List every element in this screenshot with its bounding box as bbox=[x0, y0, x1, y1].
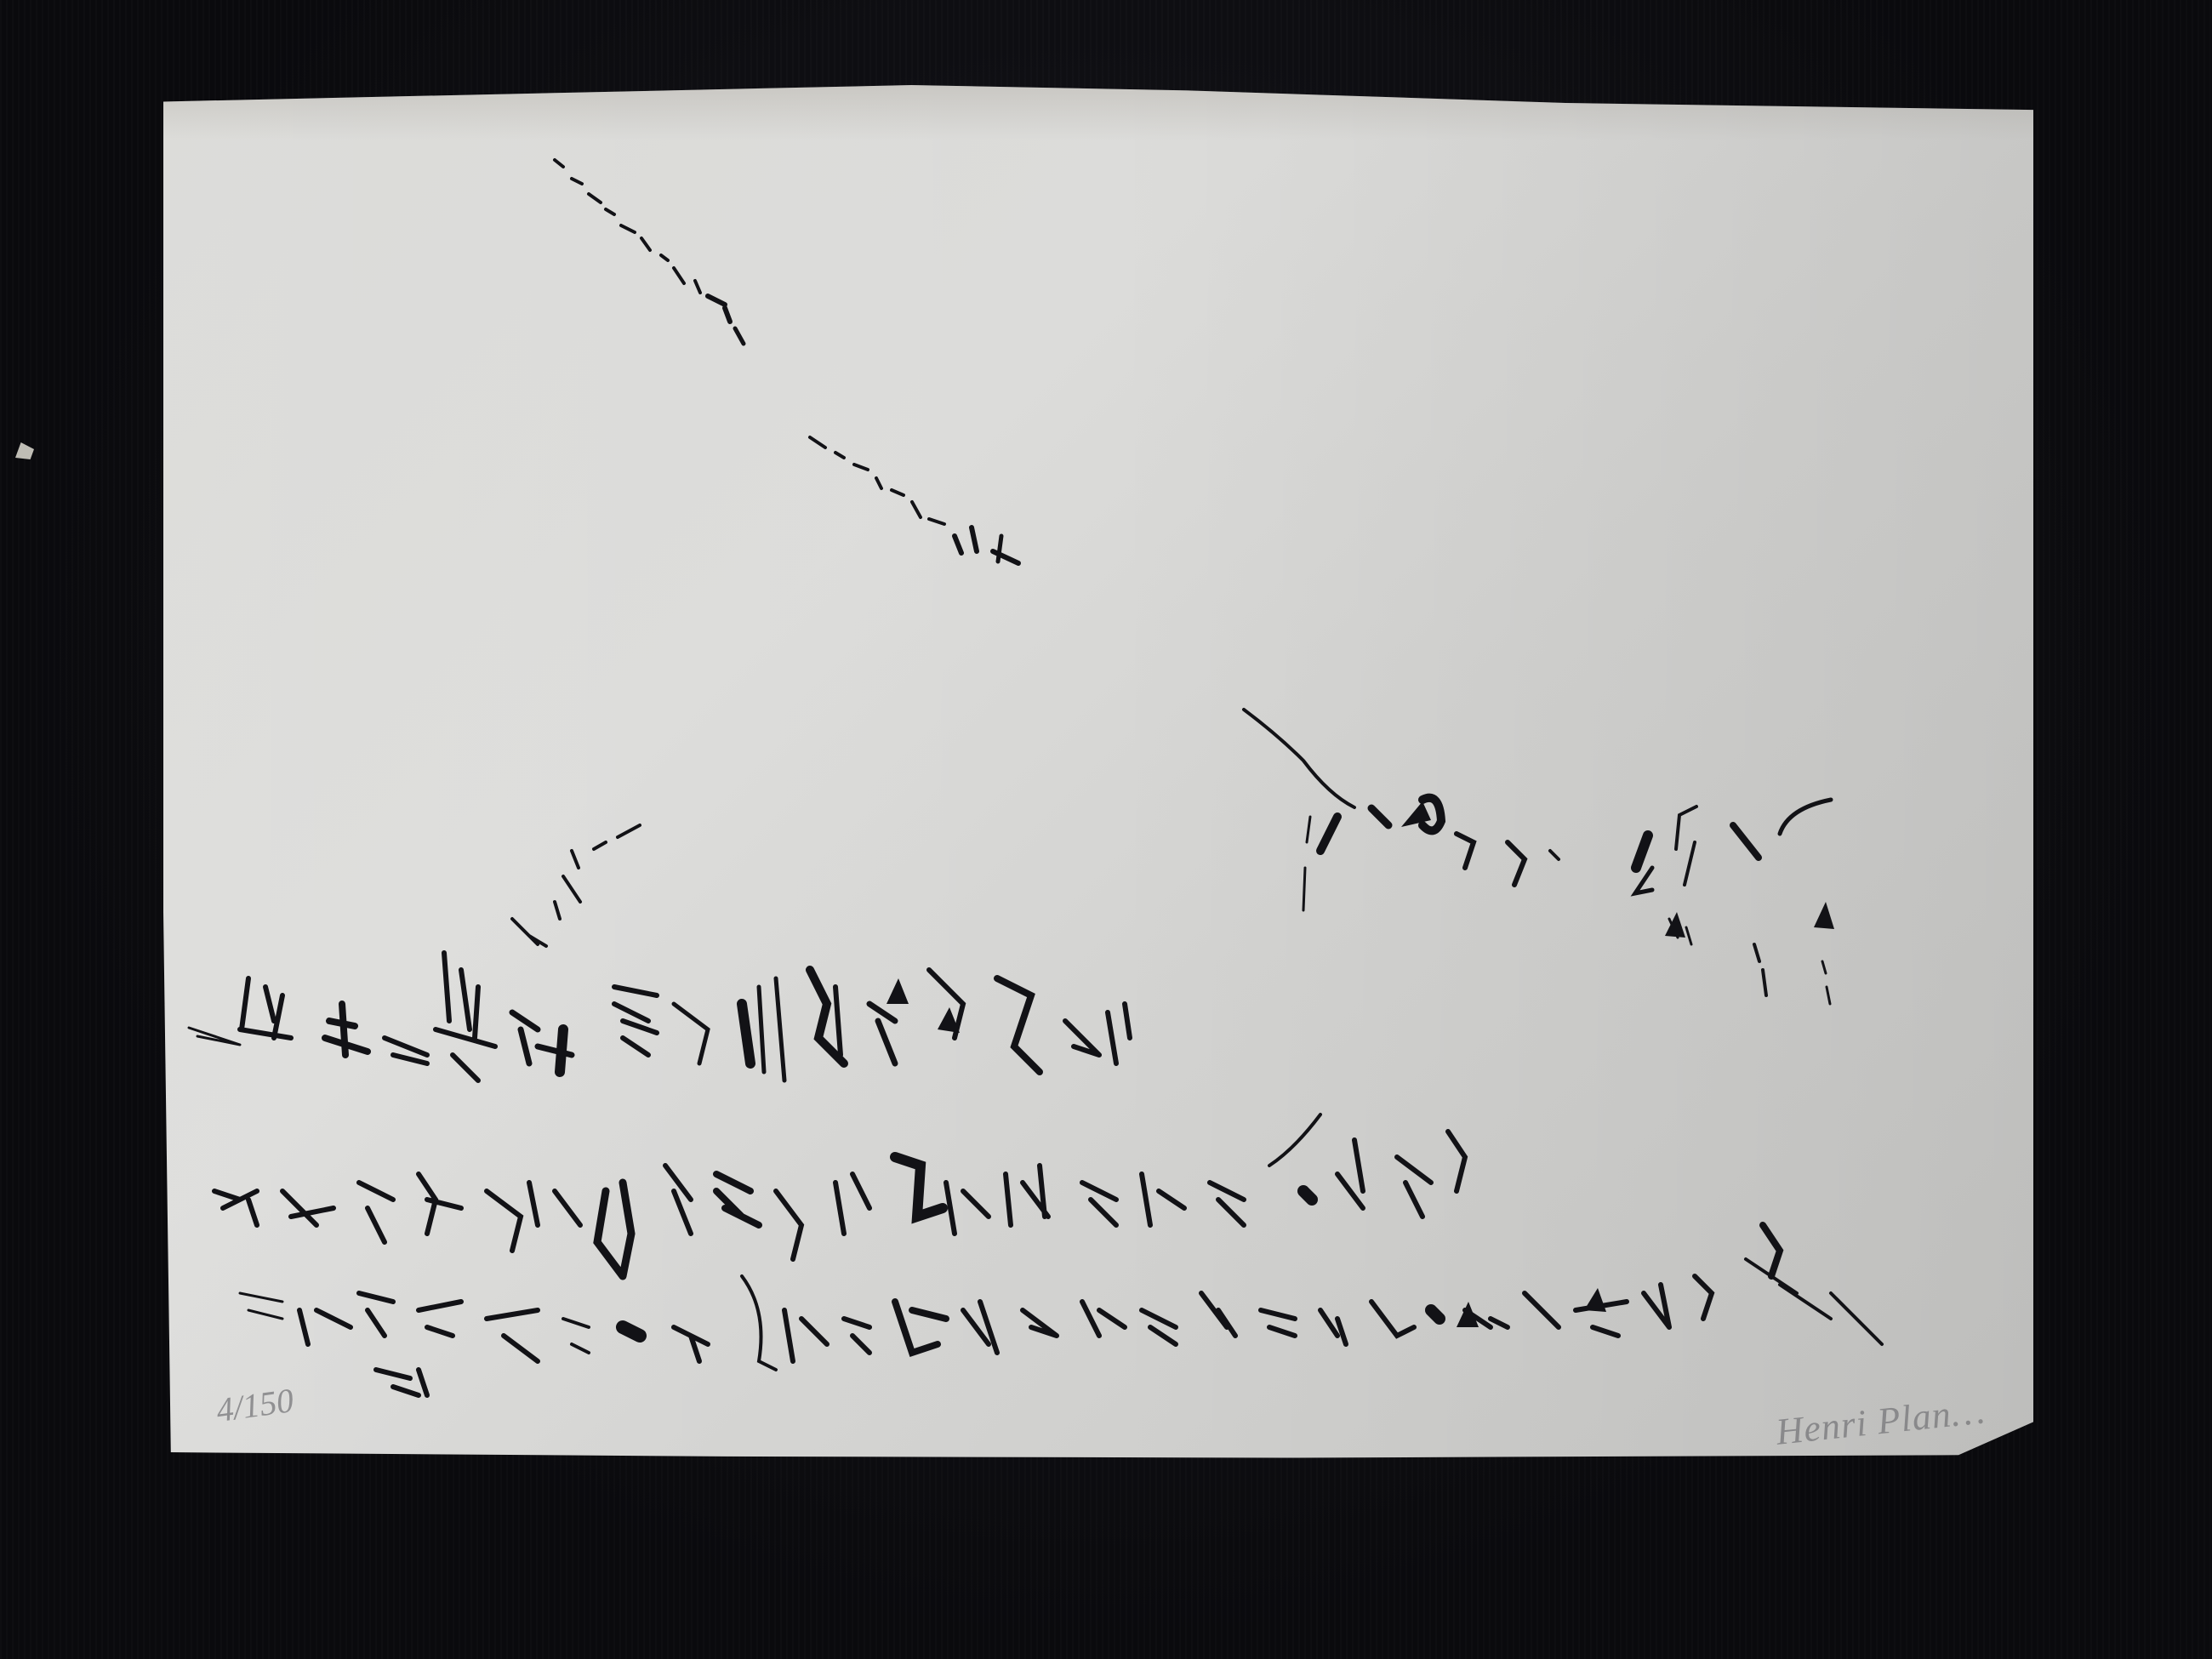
row-three bbox=[240, 1225, 1882, 1395]
left-fan-cluster bbox=[512, 825, 640, 946]
print-paper: 4/150 Henri Plan… bbox=[163, 85, 2033, 1463]
upper-diagonal-stream bbox=[555, 160, 1018, 563]
row-one bbox=[189, 953, 1130, 1080]
calligraphic-marks bbox=[163, 85, 2033, 1463]
row-two bbox=[214, 1115, 1465, 1276]
right-cluster bbox=[1244, 710, 1831, 1004]
